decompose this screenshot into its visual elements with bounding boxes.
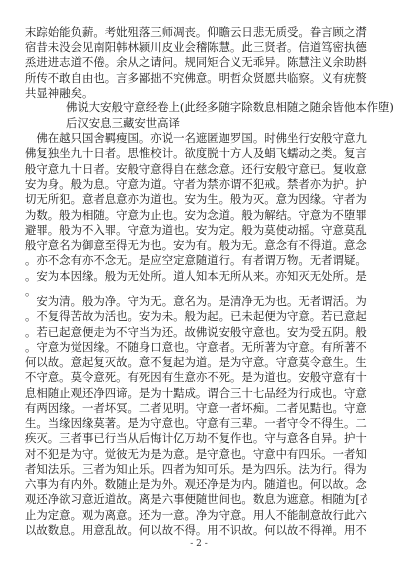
text-line: 安为身。般为息。守意为道。守者为禁亦谓不犯戒。禁者亦为护。护者遍护一 xyxy=(25,177,367,192)
text-line: 般守意九十日者。安般守意得自在慈念意。还行安般守意已。复收意行念也。 xyxy=(25,162,367,177)
text-line: 以故数息。用意乱故。何以故不得。用不识故。何以故不得禅。用不弃习尽证 xyxy=(25,523,367,538)
preface-line: 共显神融矣。 xyxy=(25,86,367,101)
text-line: 疾灭。三者事已行当从后悔计亿万劫不复作也。守与意各自异。护十方一切觉 xyxy=(25,431,367,446)
text-line: 般守意名为御意至得无为也。安为有。般为无。意念有不得道。意念无不得道 xyxy=(25,238,367,253)
text-line: 观还净欲习意近道故。离是六事便随世间也。数息为遮意。相随为[衣*殳]意。 xyxy=(25,492,367,507)
text-line: 佛在越只国舍羁瘦国。亦说一名遮匿迦罗国。时佛坐行安般守意九十日。 xyxy=(25,131,367,146)
text-line: 切无所犯。意者息意亦为道也。安为生。般为灭。意为因缘。守者为道也。安 xyxy=(25,192,367,207)
text-line: 安为清。般为净。守为无。意名为。是清净无为也。无者谓活。为者谓生 xyxy=(25,294,367,309)
text-line: 不守意。莫令意死。有死因有生意亦不死。是为道也。安般守意有十黠。谓数 xyxy=(25,370,367,385)
text-line: 者知法乐。三者为知止乐。四者为知可乐。是为四乐。法为行。得为道。守意 xyxy=(25,462,367,477)
preface-line: 烝进进志道不倦。余从之请问。规同矩合义无乖异。陈慧注义余助斟酌。非师 xyxy=(25,55,367,70)
text-line: 。守意为觉因缘。不随身口意也。守意者。无所著为守意。有所著不为守意。 xyxy=(25,340,367,355)
text-line: 。若已起意便走为不守当为还。故佛说安般守意也。安为受五阴。般为除五阴 xyxy=(25,325,367,340)
translator-line: 后汉安息三藏安世高译 xyxy=(66,116,398,131)
text-line: 佛复独坐九十日者。思惟校计。欲度脱十方人及蜎飞蠕动之类。复言。我行安 xyxy=(25,146,367,161)
preface-line: 所传不敢自由也。言多鄙拙不究佛意。明哲众贤愿共临察。义有疣赘加圣删定 xyxy=(25,71,367,86)
document-page: 末踪始能负薪。考妣殂落三师凋丧。仰瞻云日悲无质受。眷言顾之潸然出涕。宿昔未没会见… xyxy=(0,0,398,563)
text-line: 止为定意。观为离意。还为一意。净为守意。用人不能制意故行此六事耳。何 xyxy=(25,508,367,523)
text-line: 。亦不念有亦不念无。是应空定意随道行。有者谓万物。无者谓疑。亦为空也 xyxy=(25,253,367,268)
page-number: - 2 - xyxy=(0,539,398,549)
text-line: 避罪。般为不入罪。守意为道也。安为定。般为莫使动摇。守意莫乱意也。安 xyxy=(25,223,367,238)
text-line: 有两因缘。一者坏冥。二者见明。守意一者坏痴。二者见黠也。守意意从因缘 xyxy=(25,401,367,416)
preface-line: 末踪始能负薪。考妣殂落三师凋丧。仰瞻云日悲无质受。眷言顾之潸然出涕。 xyxy=(25,25,367,40)
preface-line: 宿昔未没会见南阳韩林颍川皮业会稽陈慧。此三贤者。信道笃密执德弘正。烝 xyxy=(25,40,367,55)
text-line: 生。当缘因缘莫著。是为守意也。守意有三辈。一者守令不得生。二者已生当 xyxy=(25,416,367,431)
text-line: 何以故。意起复灭故。意不复起为道。是为守意。守意莫令意生。生因有死为 xyxy=(25,355,367,370)
text-line: 。安为本因缘。般为无处所。道人知本无所从来。亦知灭无处所。是为守意也 xyxy=(25,269,367,284)
text-line: 为数。般为相随。守意为止也。安为念道。般为解结。守意为不堕罪也。安为 xyxy=(25,208,367,223)
text-line: 息相随止观还净四谛。是为十黠成。谓合三十七品经为行成也。守意譬如灯火 xyxy=(25,386,367,401)
text-line: 六事为有内外。数随止是为外。观还净是为内。随道也。何以故。念息相随止 xyxy=(25,477,367,492)
text-line: 对不犯是为守。觉彼无为是为意。是守意也。守意中有四乐。一者知要乐。二 xyxy=(25,447,367,462)
text-line: 。不复得苦故为活也。安为未。般为起。已未起便为守意。若已意起便为守意 xyxy=(25,309,367,324)
sutra-title: 佛说大安般守意经卷上(此经多随字除数息相随之随余皆他本作堕) xyxy=(66,100,398,115)
